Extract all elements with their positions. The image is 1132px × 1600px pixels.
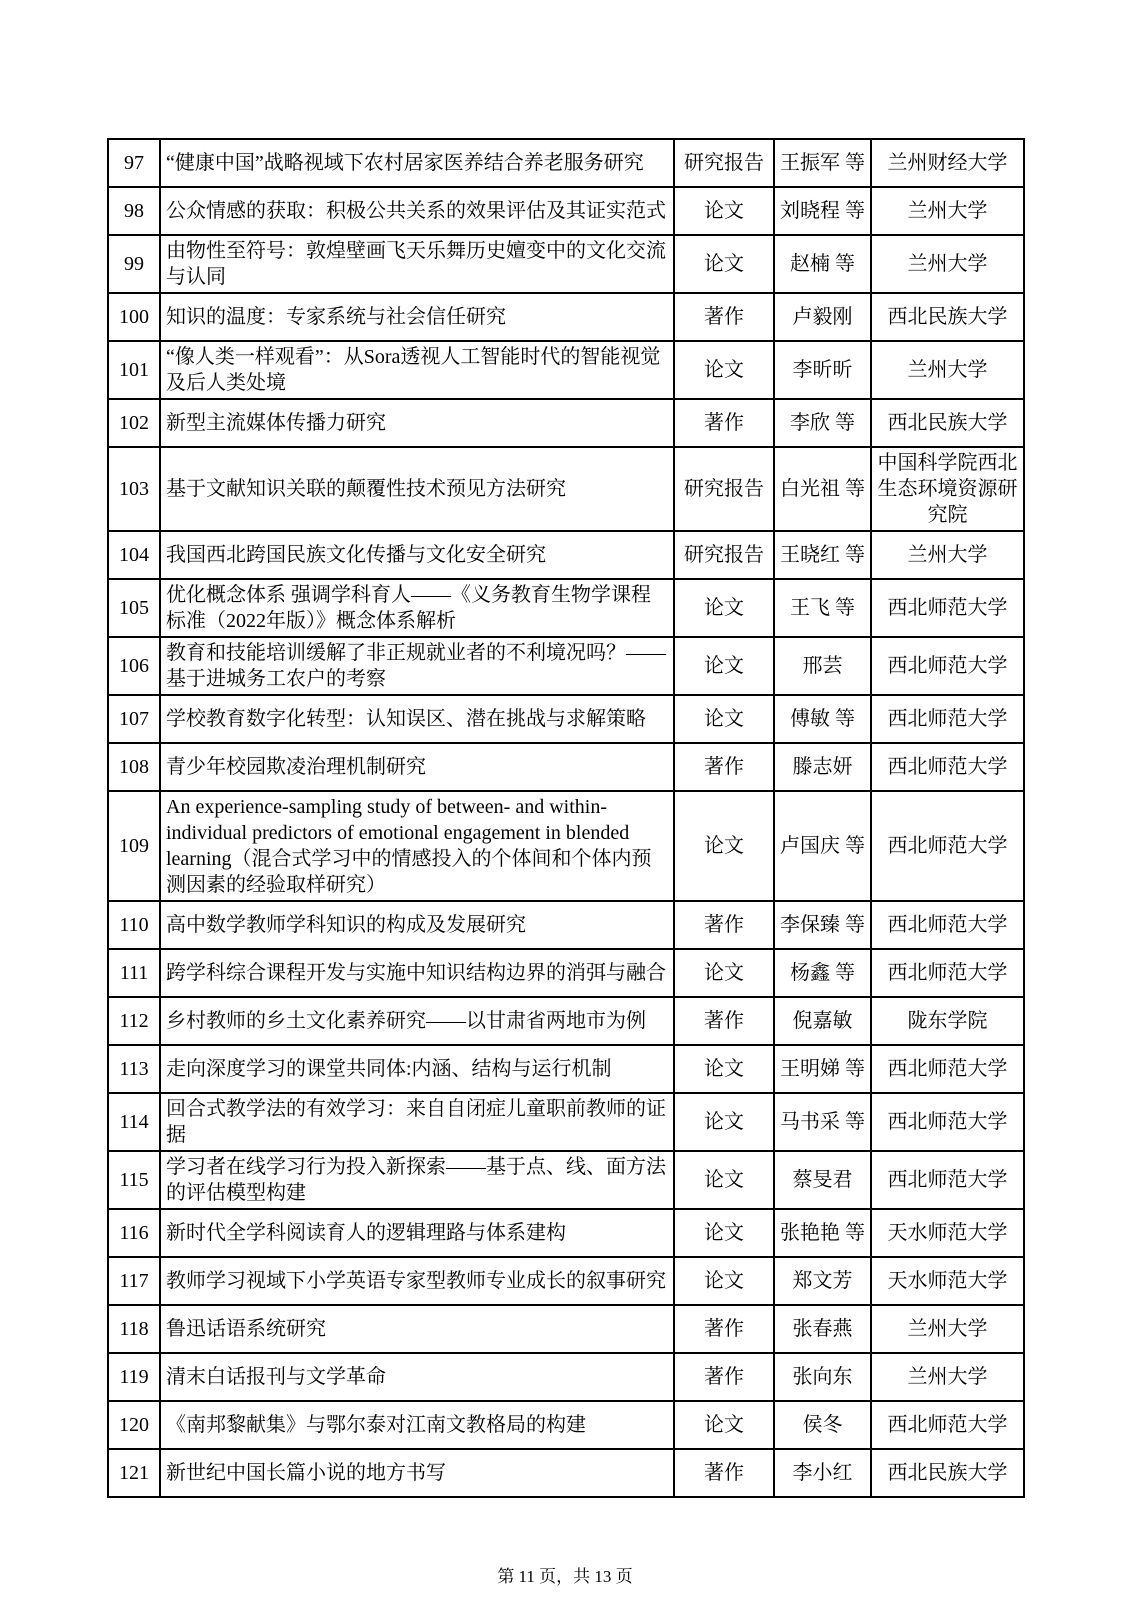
table-row: 121 新世纪中国长篇小说的地方书写 著作 李小红 西北民族大学 (108, 1449, 1024, 1497)
table-row: 115 学习者在线学习行为投入新探索——基于点、线、面方法的评估模型构建 论文 … (108, 1151, 1024, 1209)
achievement-author: 倪嘉敏 (774, 997, 871, 1045)
row-number: 119 (108, 1353, 160, 1401)
table-row: 97 “健康中国”战略视域下农村居家医养结合养老服务研究 研究报告 王振军 等 … (108, 139, 1024, 187)
table-row: 111 跨学科综合课程开发与实施中知识结构边界的消弭与融合 论文 杨鑫 等 西北… (108, 949, 1024, 997)
achievement-institution: 兰州大学 (871, 187, 1024, 235)
achievement-author: 傅敏 等 (774, 695, 871, 743)
achievement-type: 论文 (674, 1257, 774, 1305)
achievement-institution: 西北师范大学 (871, 1401, 1024, 1449)
achievement-title: 新型主流媒体传播力研究 (160, 399, 674, 447)
table-row: 105 优化概念体系 强调学科育人——《义务教育生物学课程标准（2022年版）》… (108, 579, 1024, 637)
achievement-institution: 兰州大学 (871, 235, 1024, 293)
achievement-title: 新时代全学科阅读育人的逻辑理路与体系建构 (160, 1209, 674, 1257)
achievement-author: 李欣 等 (774, 399, 871, 447)
row-number: 111 (108, 949, 160, 997)
achievement-type: 论文 (674, 1151, 774, 1209)
achievement-title: “健康中国”战略视域下农村居家医养结合养老服务研究 (160, 139, 674, 187)
achievement-type: 著作 (674, 1305, 774, 1353)
achievement-title: 《南邦黎献集》与鄂尔泰对江南文教格局的构建 (160, 1401, 674, 1449)
achievement-type: 论文 (674, 1401, 774, 1449)
row-number: 110 (108, 901, 160, 949)
achievement-type: 论文 (674, 341, 774, 399)
row-number: 100 (108, 293, 160, 341)
achievement-title: 基于文献知识关联的颠覆性技术预见方法研究 (160, 447, 674, 531)
achievement-author: 王晓红 等 (774, 531, 871, 579)
achievement-type: 论文 (674, 791, 774, 901)
row-number: 114 (108, 1093, 160, 1151)
achievement-title: 鲁迅话语系统研究 (160, 1305, 674, 1353)
achievement-title: 回合式教学法的有效学习：来自自闭症儿童职前教师的证据 (160, 1093, 674, 1151)
achievement-title: 高中数学教师学科知识的构成及发展研究 (160, 901, 674, 949)
row-number: 112 (108, 997, 160, 1045)
achievement-author: 王明娣 等 (774, 1045, 871, 1093)
achievement-author: 卢国庆 等 (774, 791, 871, 901)
achievement-author: 侯冬 (774, 1401, 871, 1449)
row-number: 97 (108, 139, 160, 187)
achievement-author: 张艳艳 等 (774, 1209, 871, 1257)
achievement-type: 论文 (674, 579, 774, 637)
table-row: 102 新型主流媒体传播力研究 著作 李欣 等 西北民族大学 (108, 399, 1024, 447)
achievement-title: 公众情感的获取：积极公共关系的效果评估及其证实范式 (160, 187, 674, 235)
achievement-author: 赵楠 等 (774, 235, 871, 293)
table-row: 98 公众情感的获取：积极公共关系的效果评估及其证实范式 论文 刘晓程 等 兰州… (108, 187, 1024, 235)
achievement-author: 王飞 等 (774, 579, 871, 637)
achievement-title: 优化概念体系 强调学科育人——《义务教育生物学课程标准（2022年版）》概念体系… (160, 579, 674, 637)
table-row: 112 乡村教师的乡土文化素养研究——以甘肃省两地市为例 著作 倪嘉敏 陇东学院 (108, 997, 1024, 1045)
achievement-institution: 西北民族大学 (871, 293, 1024, 341)
achievement-author: 张向东 (774, 1353, 871, 1401)
achievement-type: 研究报告 (674, 531, 774, 579)
table-row: 109 An experience-sampling study of betw… (108, 791, 1024, 901)
achievement-type: 著作 (674, 901, 774, 949)
row-number: 109 (108, 791, 160, 901)
achievement-type: 论文 (674, 1209, 774, 1257)
achievement-type: 著作 (674, 399, 774, 447)
row-number: 103 (108, 447, 160, 531)
achievement-institution: 西北师范大学 (871, 695, 1024, 743)
achievement-title: 新世纪中国长篇小说的地方书写 (160, 1449, 674, 1497)
row-number: 101 (108, 341, 160, 399)
document-content: 97 “健康中国”战略视域下农村居家医养结合养老服务研究 研究报告 王振军 等 … (107, 138, 1023, 1587)
row-number: 116 (108, 1209, 160, 1257)
achievement-author: 白光祖 等 (774, 447, 871, 531)
row-number: 121 (108, 1449, 160, 1497)
achievement-author: 郑文芳 (774, 1257, 871, 1305)
achievement-institution: 兰州大学 (871, 1305, 1024, 1353)
achievement-author: 李昕昕 (774, 341, 871, 399)
achievement-institution: 西北师范大学 (871, 1045, 1024, 1093)
achievement-institution: 天水师范大学 (871, 1257, 1024, 1305)
row-number: 108 (108, 743, 160, 791)
achievement-title: 我国西北跨国民族文化传播与文化安全研究 (160, 531, 674, 579)
achievement-type: 著作 (674, 1449, 774, 1497)
achievement-author: 邢芸 (774, 637, 871, 695)
achievement-institution: 西北师范大学 (871, 1151, 1024, 1209)
achievement-type: 著作 (674, 293, 774, 341)
achievement-title: 清末白话报刊与文学革命 (160, 1353, 674, 1401)
document-page: 97 “健康中国”战略视域下农村居家医养结合养老服务研究 研究报告 王振军 等 … (0, 0, 1132, 1600)
achievement-title: 乡村教师的乡土文化素养研究——以甘肃省两地市为例 (160, 997, 674, 1045)
achievement-title: 教育和技能培训缓解了非正规就业者的不利境况吗？——基于进城务工农户的考察 (160, 637, 674, 695)
achievement-type: 论文 (674, 695, 774, 743)
table-row: 119 清末白话报刊与文学革命 著作 张向东 兰州大学 (108, 1353, 1024, 1401)
achievement-title: An experience-sampling study of between-… (160, 791, 674, 901)
achievement-institution: 西北师范大学 (871, 579, 1024, 637)
achievement-institution: 西北民族大学 (871, 1449, 1024, 1497)
achievement-institution: 西北师范大学 (871, 901, 1024, 949)
achievement-title: 教师学习视域下小学英语专家型教师专业成长的叙事研究 (160, 1257, 674, 1305)
row-number: 105 (108, 579, 160, 637)
achievement-type: 论文 (674, 949, 774, 997)
achievement-institution: 兰州大学 (871, 341, 1024, 399)
table-row: 101 “像人类一样观看”：从Sora透视人工智能时代的智能视觉及后人类处境 论… (108, 341, 1024, 399)
row-number: 107 (108, 695, 160, 743)
table-row: 110 高中数学教师学科知识的构成及发展研究 著作 李保臻 等 西北师范大学 (108, 901, 1024, 949)
achievement-institution: 西北师范大学 (871, 1093, 1024, 1151)
achievement-type: 著作 (674, 1353, 774, 1401)
achievement-institution: 西北师范大学 (871, 743, 1024, 791)
achievement-institution: 兰州财经大学 (871, 139, 1024, 187)
achievement-author: 卢毅刚 (774, 293, 871, 341)
achievement-type: 著作 (674, 997, 774, 1045)
table-row: 100 知识的温度：专家系统与社会信任研究 著作 卢毅刚 西北民族大学 (108, 293, 1024, 341)
row-number: 104 (108, 531, 160, 579)
achievement-institution: 西北师范大学 (871, 791, 1024, 901)
achievement-title: 学校教育数字化转型：认知误区、潜在挑战与求解策略 (160, 695, 674, 743)
achievement-title: 青少年校园欺凌治理机制研究 (160, 743, 674, 791)
row-number: 102 (108, 399, 160, 447)
achievement-institution: 西北师范大学 (871, 637, 1024, 695)
row-number: 117 (108, 1257, 160, 1305)
achievement-author: 滕志妍 (774, 743, 871, 791)
table-row: 106 教育和技能培训缓解了非正规就业者的不利境况吗？——基于进城务工农户的考察… (108, 637, 1024, 695)
achievement-title: 走向深度学习的课堂共同体:内涵、结构与运行机制 (160, 1045, 674, 1093)
row-number: 98 (108, 187, 160, 235)
achievement-title: 跨学科综合课程开发与实施中知识结构边界的消弭与融合 (160, 949, 674, 997)
achievement-type: 论文 (674, 187, 774, 235)
row-number: 118 (108, 1305, 160, 1353)
achievement-author: 杨鑫 等 (774, 949, 871, 997)
table-row: 99 由物性至符号：敦煌壁画飞天乐舞历史嬗变中的文化交流与认同 论文 赵楠 等 … (108, 235, 1024, 293)
table-row: 108 青少年校园欺凌治理机制研究 著作 滕志妍 西北师范大学 (108, 743, 1024, 791)
achievement-author: 蔡旻君 (774, 1151, 871, 1209)
achievement-type: 论文 (674, 1093, 774, 1151)
achievement-title: 学习者在线学习行为投入新探索——基于点、线、面方法的评估模型构建 (160, 1151, 674, 1209)
achievement-author: 李小红 (774, 1449, 871, 1497)
row-number: 99 (108, 235, 160, 293)
table-row: 118 鲁迅话语系统研究 著作 张春燕 兰州大学 (108, 1305, 1024, 1353)
achievement-type: 论文 (674, 637, 774, 695)
page-number-indicator: 第 11 页，共 13 页 (107, 1562, 1023, 1587)
achievement-institution: 陇东学院 (871, 997, 1024, 1045)
achievement-title: “像人类一样观看”：从Sora透视人工智能时代的智能视觉及后人类处境 (160, 341, 674, 399)
achievement-title: 知识的温度：专家系统与社会信任研究 (160, 293, 674, 341)
achievement-institution: 天水师范大学 (871, 1209, 1024, 1257)
achievement-author: 张春燕 (774, 1305, 871, 1353)
achievement-institution: 兰州大学 (871, 531, 1024, 579)
achievements-table: 97 “健康中国”战略视域下农村居家医养结合养老服务研究 研究报告 王振军 等 … (107, 138, 1025, 1498)
table-row: 116 新时代全学科阅读育人的逻辑理路与体系建构 论文 张艳艳 等 天水师范大学 (108, 1209, 1024, 1257)
row-number: 115 (108, 1151, 160, 1209)
row-number: 113 (108, 1045, 160, 1093)
achievement-institution: 西北民族大学 (871, 399, 1024, 447)
achievement-institution: 西北师范大学 (871, 949, 1024, 997)
achievement-institution: 中国科学院西北生态环境资源研究院 (871, 447, 1024, 531)
achievement-type: 研究报告 (674, 447, 774, 531)
row-number: 120 (108, 1401, 160, 1449)
achievement-author: 李保臻 等 (774, 901, 871, 949)
table-row: 113 走向深度学习的课堂共同体:内涵、结构与运行机制 论文 王明娣 等 西北师… (108, 1045, 1024, 1093)
row-number: 106 (108, 637, 160, 695)
achievement-title: 由物性至符号：敦煌壁画飞天乐舞历史嬗变中的文化交流与认同 (160, 235, 674, 293)
achievement-institution: 兰州大学 (871, 1353, 1024, 1401)
table-row: 103 基于文献知识关联的颠覆性技术预见方法研究 研究报告 白光祖 等 中国科学… (108, 447, 1024, 531)
achievement-type: 研究报告 (674, 139, 774, 187)
table-row: 104 我国西北跨国民族文化传播与文化安全研究 研究报告 王晓红 等 兰州大学 (108, 531, 1024, 579)
table-row: 117 教师学习视域下小学英语专家型教师专业成长的叙事研究 论文 郑文芳 天水师… (108, 1257, 1024, 1305)
achievement-type: 著作 (674, 743, 774, 791)
achievement-type: 论文 (674, 1045, 774, 1093)
table-row: 114 回合式教学法的有效学习：来自自闭症儿童职前教师的证据 论文 马书采 等 … (108, 1093, 1024, 1151)
table-row: 107 学校教育数字化转型：认知误区、潜在挑战与求解策略 论文 傅敏 等 西北师… (108, 695, 1024, 743)
achievement-author: 马书采 等 (774, 1093, 871, 1151)
achievement-author: 王振军 等 (774, 139, 871, 187)
table-row: 120 《南邦黎献集》与鄂尔泰对江南文教格局的构建 论文 侯冬 西北师范大学 (108, 1401, 1024, 1449)
achievement-author: 刘晓程 等 (774, 187, 871, 235)
achievement-type: 论文 (674, 235, 774, 293)
